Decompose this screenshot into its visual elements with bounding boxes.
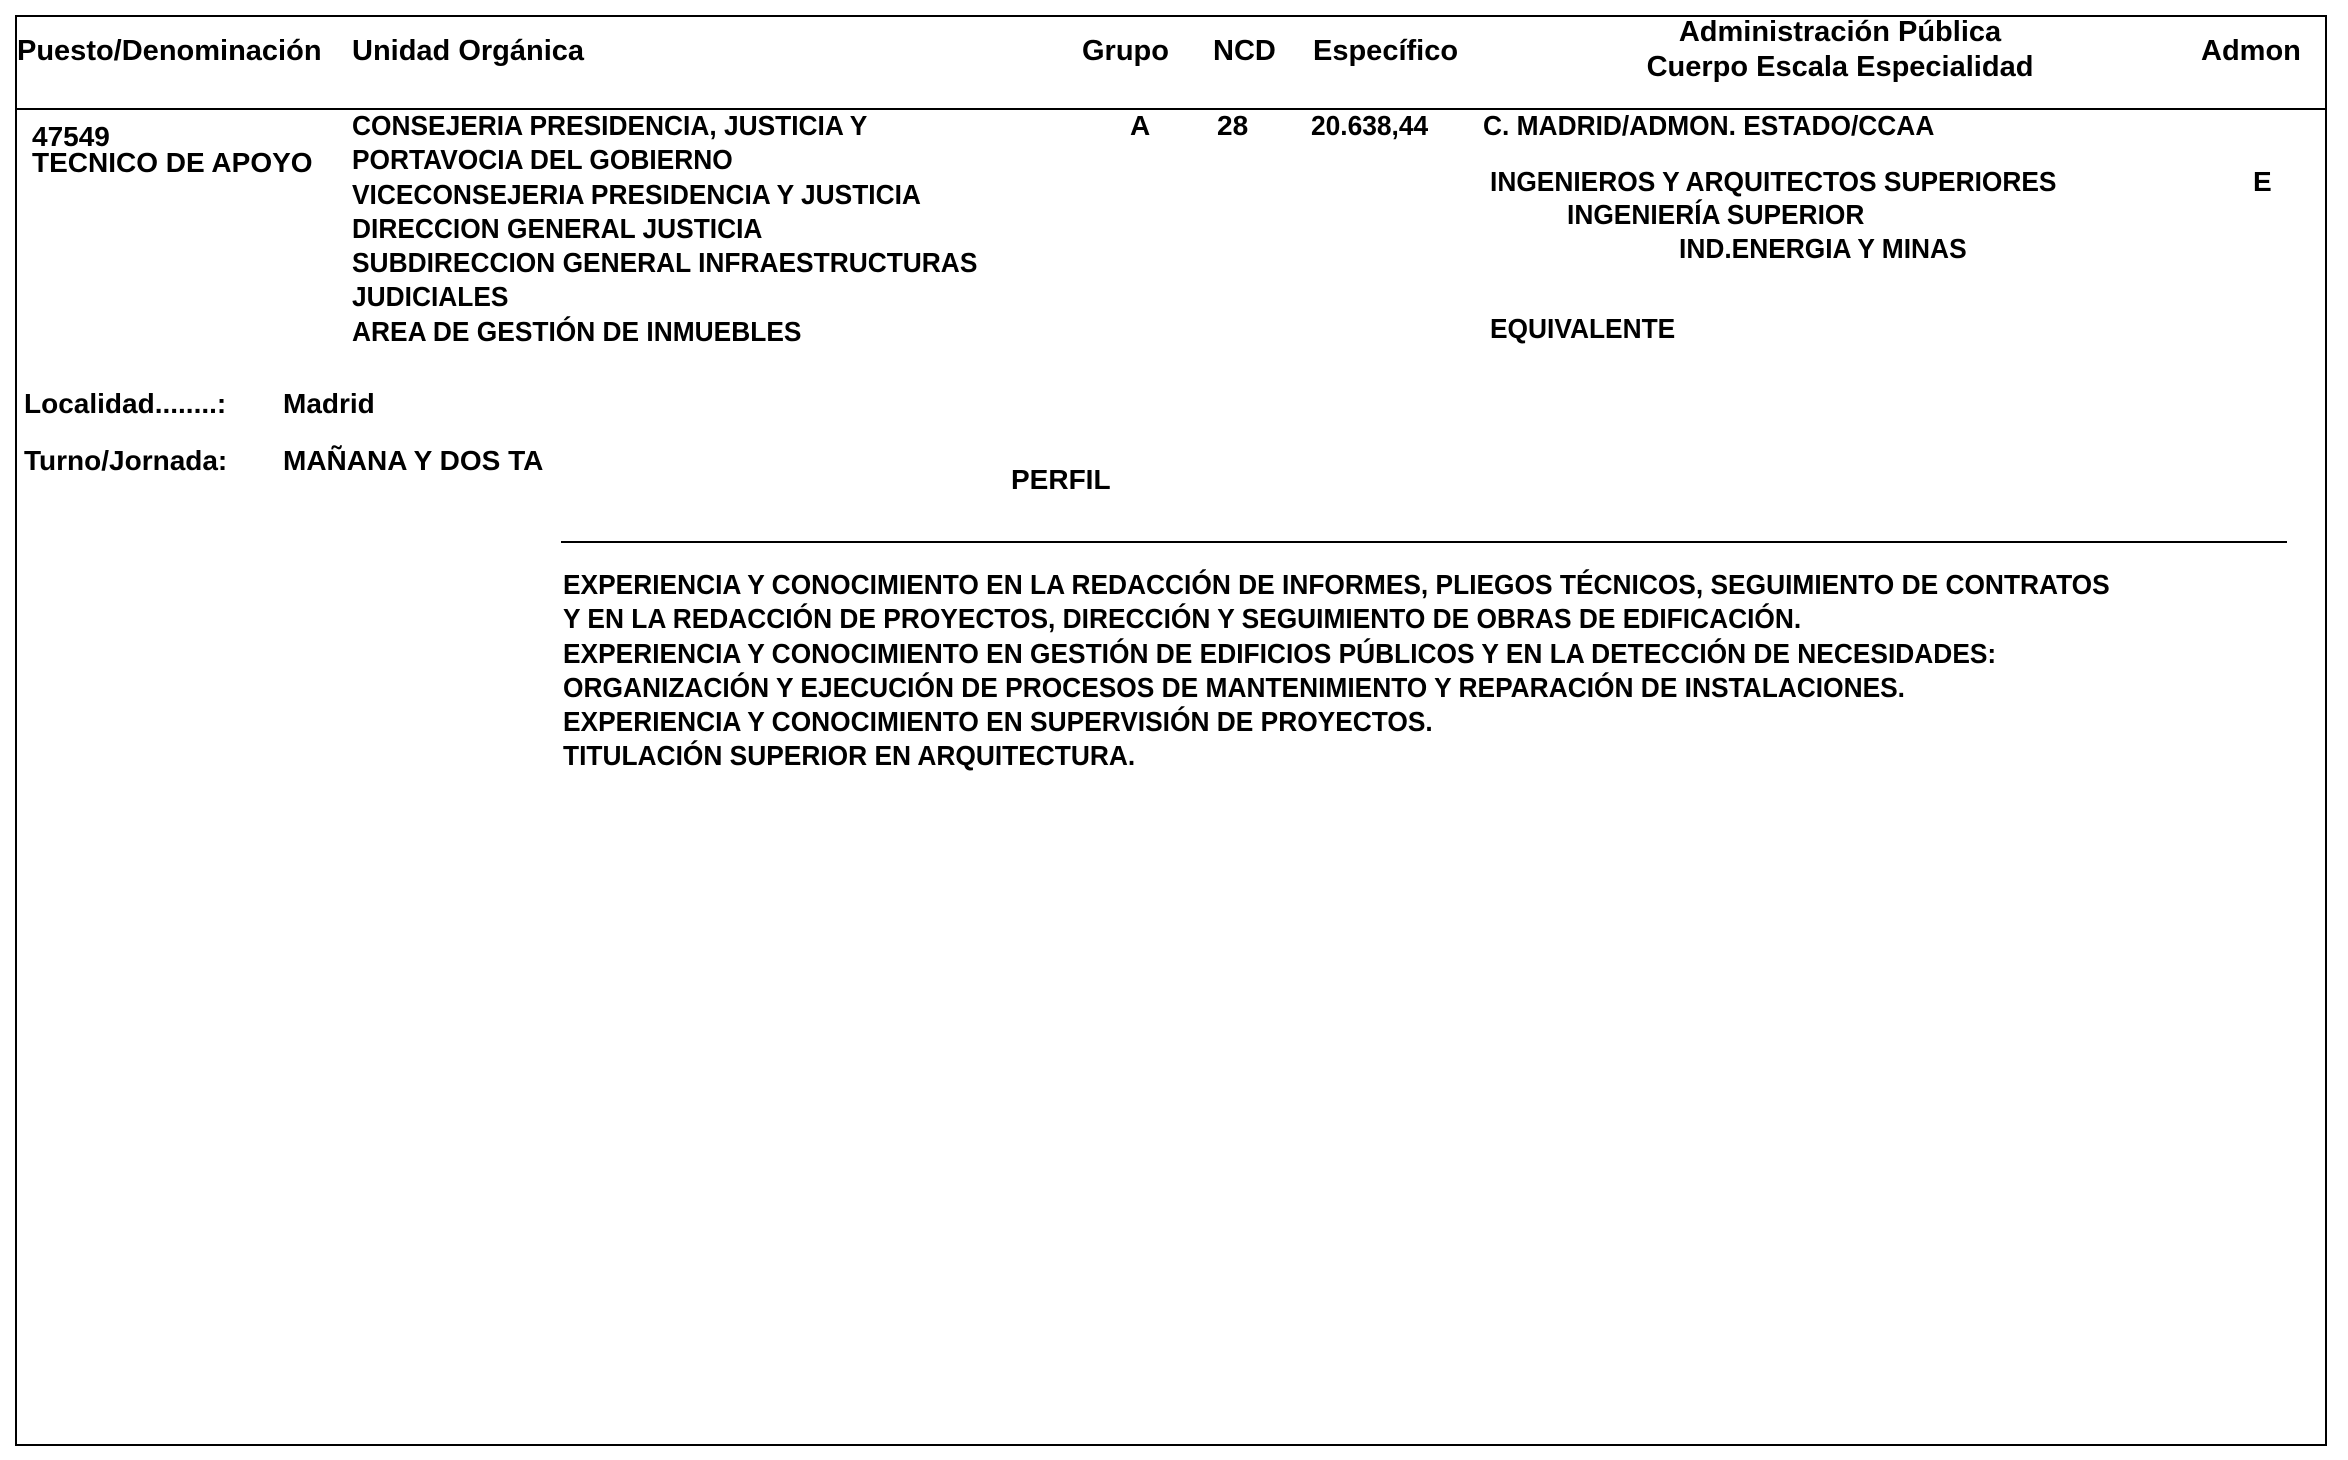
unidad-line: AREA DE GESTIÓN DE INMUEBLES bbox=[352, 318, 977, 352]
perfil-title: PERFIL bbox=[1011, 466, 1111, 494]
especifico-value: 20.638,44 bbox=[1311, 112, 1428, 140]
perfil-line: ORGANIZACIÓN Y EJECUCIÓN DE PROCESOS DE … bbox=[563, 674, 2110, 708]
perfil-line: TITULACIÓN SUPERIOR EN ARQUITECTURA. bbox=[563, 742, 2110, 776]
especialidad-value: IND.ENERGIA Y MINAS bbox=[1679, 235, 1967, 263]
unidad-line: PORTAVOCIA DEL GOBIERNO bbox=[352, 146, 977, 180]
puesto-denominacion: TECNICO DE APOYO bbox=[32, 149, 313, 177]
header-unidad: Unidad Orgánica bbox=[352, 37, 584, 66]
header-admon: Admon bbox=[2201, 37, 2301, 66]
header-grupo: Grupo bbox=[1082, 37, 1169, 66]
unidad-line: VICECONSEJERIA PRESIDENCIA Y JUSTICIA bbox=[352, 181, 977, 215]
turno-label: Turno/Jornada: bbox=[24, 447, 227, 475]
header-especifico: Específico bbox=[1313, 37, 1458, 66]
header-admin-publica: Administración Pública bbox=[1540, 18, 2140, 47]
unidad-line: CONSEJERIA PRESIDENCIA, JUSTICIA Y bbox=[352, 112, 977, 146]
equivalente-value: EQUIVALENTE bbox=[1490, 315, 1675, 343]
perfil-text: EXPERIENCIA Y CONOCIMIENTO EN LA REDACCI… bbox=[563, 571, 2110, 777]
localidad-value: Madrid bbox=[283, 390, 375, 418]
escala-value: INGENIERÍA SUPERIOR bbox=[1567, 201, 1864, 229]
administracion-value: C. MADRID/ADMON. ESTADO/CCAA bbox=[1483, 112, 1934, 140]
header-puesto: Puesto/Denominación bbox=[17, 37, 322, 66]
localidad-label: Localidad........: bbox=[24, 390, 226, 418]
unidad-organica: CONSEJERIA PRESIDENCIA, JUSTICIA Y PORTA… bbox=[352, 112, 977, 352]
perfil-line: EXPERIENCIA Y CONOCIMIENTO EN LA REDACCI… bbox=[563, 571, 2110, 605]
grupo-value: A bbox=[1130, 112, 1150, 140]
ncd-value: 28 bbox=[1217, 112, 1248, 140]
unidad-line: DIRECCION GENERAL JUSTICIA bbox=[352, 215, 977, 249]
perfil-divider bbox=[561, 541, 2287, 543]
unidad-line: JUDICIALES bbox=[352, 283, 977, 317]
cuerpo-value: INGENIEROS Y ARQUITECTOS SUPERIORES bbox=[1490, 168, 2056, 196]
admon-value: E bbox=[2253, 168, 2272, 196]
unidad-line: SUBDIRECCION GENERAL INFRAESTRUCTURAS bbox=[352, 249, 977, 283]
perfil-line: EXPERIENCIA Y CONOCIMIENTO EN GESTIÓN DE… bbox=[563, 640, 2110, 674]
perfil-line: EXPERIENCIA Y CONOCIMIENTO EN SUPERVISIÓ… bbox=[563, 708, 2110, 742]
turno-value: MAÑANA Y DOS TA bbox=[283, 447, 543, 475]
header-ncd: NCD bbox=[1213, 37, 1276, 66]
header-cuerpo-escala-especialidad: Cuerpo Escala Especialidad bbox=[1540, 53, 2140, 82]
perfil-line: Y EN LA REDACCIÓN DE PROYECTOS, DIRECCIÓ… bbox=[563, 605, 2110, 639]
